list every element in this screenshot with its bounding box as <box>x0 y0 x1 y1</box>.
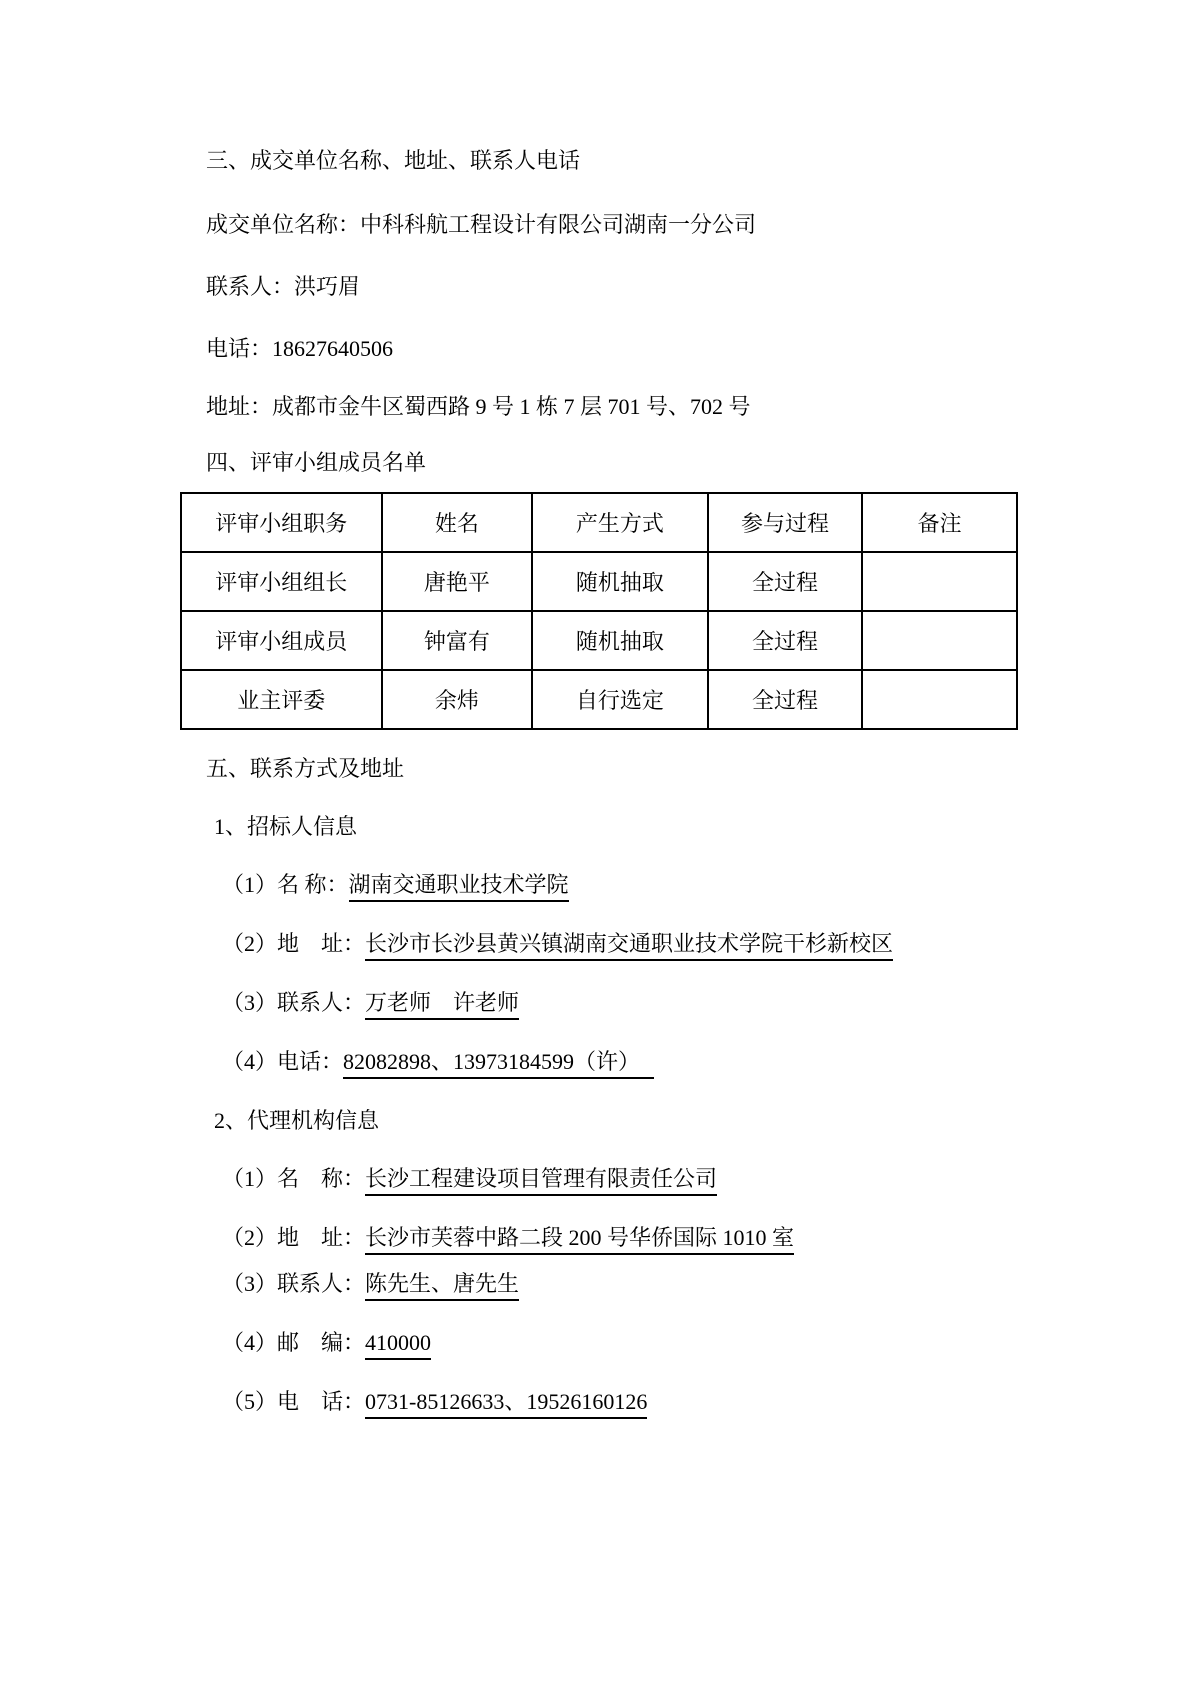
item-label: （3）联系人： <box>222 990 365 1015</box>
item-value-underlined: 0731-85126633、19526160126 <box>365 1389 647 1419</box>
item-value-underlined: 湖南交通职业技术学院 <box>349 872 569 902</box>
agency-name-item: （1）名 称：长沙工程建设项目管理有限责任公司 <box>222 1166 1021 1192</box>
item-value-underlined: 万老师 许老师 <box>365 990 519 1020</box>
agency-contact-item: （3）联系人：陈先生、唐先生 <box>222 1271 1021 1297</box>
agency-info-heading: 2、代理机构信息 <box>214 1108 1021 1134</box>
cell-participation: 全过程 <box>708 552 863 611</box>
cell-role: 评审小组成员 <box>181 611 382 670</box>
tenderer-address-item: （2）地 址：长沙市长沙县黄兴镇湖南交通职业技术学院干杉新校区 <box>222 931 1021 957</box>
winning-bidder-name-line: 成交单位名称：中科科航工程设计有限公司湖南一分公司 <box>206 212 1021 238</box>
item-value-underlined: 长沙市长沙县黄兴镇湖南交通职业技术学院干杉新校区 <box>365 931 893 961</box>
winning-bidder-phone-line: 电话：18627640506 <box>206 336 1021 362</box>
item-value-underlined: 长沙工程建设项目管理有限责任公司 <box>365 1166 717 1196</box>
tenderer-name-item: （1）名 称：湖南交通职业技术学院 <box>222 872 1021 898</box>
item-label: （1）名 称： <box>222 872 349 897</box>
section-3-heading: 三、成交单位名称、地址、联系人电话 <box>206 148 1021 174</box>
table-header-row: 评审小组职务 姓名 产生方式 参与过程 备注 <box>181 493 1017 552</box>
winning-bidder-contact-line: 联系人：洪巧眉 <box>206 274 1021 300</box>
column-header-role: 评审小组职务 <box>181 493 382 552</box>
item-value-underlined: 82082898、13973184599（许） <box>343 1049 654 1079</box>
cell-participation: 全过程 <box>708 670 863 729</box>
cell-remarks <box>862 552 1017 611</box>
item-label: （4）邮 编： <box>222 1330 365 1355</box>
table-row: 业主评委 余炜 自行选定 全过程 <box>181 670 1017 729</box>
item-label: （1）名 称： <box>222 1166 365 1191</box>
column-header-selection-method: 产生方式 <box>532 493 708 552</box>
review-panel-table: 评审小组职务 姓名 产生方式 参与过程 备注 评审小组组长 唐艳平 随机抽取 全… <box>180 492 1018 730</box>
column-header-remarks: 备注 <box>862 493 1017 552</box>
item-value-underlined: 陈先生、唐先生 <box>365 1271 519 1301</box>
table-row: 评审小组成员 钟富有 随机抽取 全过程 <box>181 611 1017 670</box>
cell-selection-method: 随机抽取 <box>532 552 708 611</box>
agency-phone-item: （5）电 话：0731-85126633、19526160126 <box>222 1389 1021 1415</box>
item-label: （3）联系人： <box>222 1271 365 1296</box>
item-label: （2）地 址： <box>222 931 365 956</box>
section-5-heading: 五、联系方式及地址 <box>206 756 1021 782</box>
cell-remarks <box>862 670 1017 729</box>
cell-role: 评审小组组长 <box>181 552 382 611</box>
item-label: （4）电话： <box>222 1049 343 1074</box>
winning-bidder-address-line: 地址：成都市金牛区蜀西路 9 号 1 栋 7 层 701 号、702 号 <box>206 394 1021 420</box>
agency-address-item: （2）地 址：长沙市芙蓉中路二段 200 号华侨国际 1010 室 <box>222 1225 1021 1251</box>
table-row: 评审小组组长 唐艳平 随机抽取 全过程 <box>181 552 1017 611</box>
cell-participation: 全过程 <box>708 611 863 670</box>
tenderer-info-heading: 1、招标人信息 <box>214 814 1021 840</box>
cell-selection-method: 随机抽取 <box>532 611 708 670</box>
cell-selection-method: 自行选定 <box>532 670 708 729</box>
section-4-heading: 四、评审小组成员名单 <box>206 450 1021 476</box>
cell-name: 钟富有 <box>382 611 532 670</box>
item-label: （5）电 话： <box>222 1389 365 1414</box>
agency-postcode-item: （4）邮 编：410000 <box>222 1330 1021 1356</box>
cell-role: 业主评委 <box>181 670 382 729</box>
cell-remarks <box>862 611 1017 670</box>
item-label: （2）地 址： <box>222 1225 365 1250</box>
cell-name: 余炜 <box>382 670 532 729</box>
document-page: 三、成交单位名称、地址、联系人电话 成交单位名称：中科科航工程设计有限公司湖南一… <box>0 0 1191 1684</box>
column-header-name: 姓名 <box>382 493 532 552</box>
column-header-participation: 参与过程 <box>708 493 863 552</box>
tenderer-phone-item: （4）电话：82082898、13973184599（许） <box>222 1049 1021 1075</box>
item-value-underlined: 410000 <box>365 1330 431 1360</box>
item-value-underlined: 长沙市芙蓉中路二段 200 号华侨国际 1010 室 <box>365 1225 794 1255</box>
cell-name: 唐艳平 <box>382 552 532 611</box>
tenderer-contact-item: （3）联系人：万老师 许老师 <box>222 990 1021 1016</box>
